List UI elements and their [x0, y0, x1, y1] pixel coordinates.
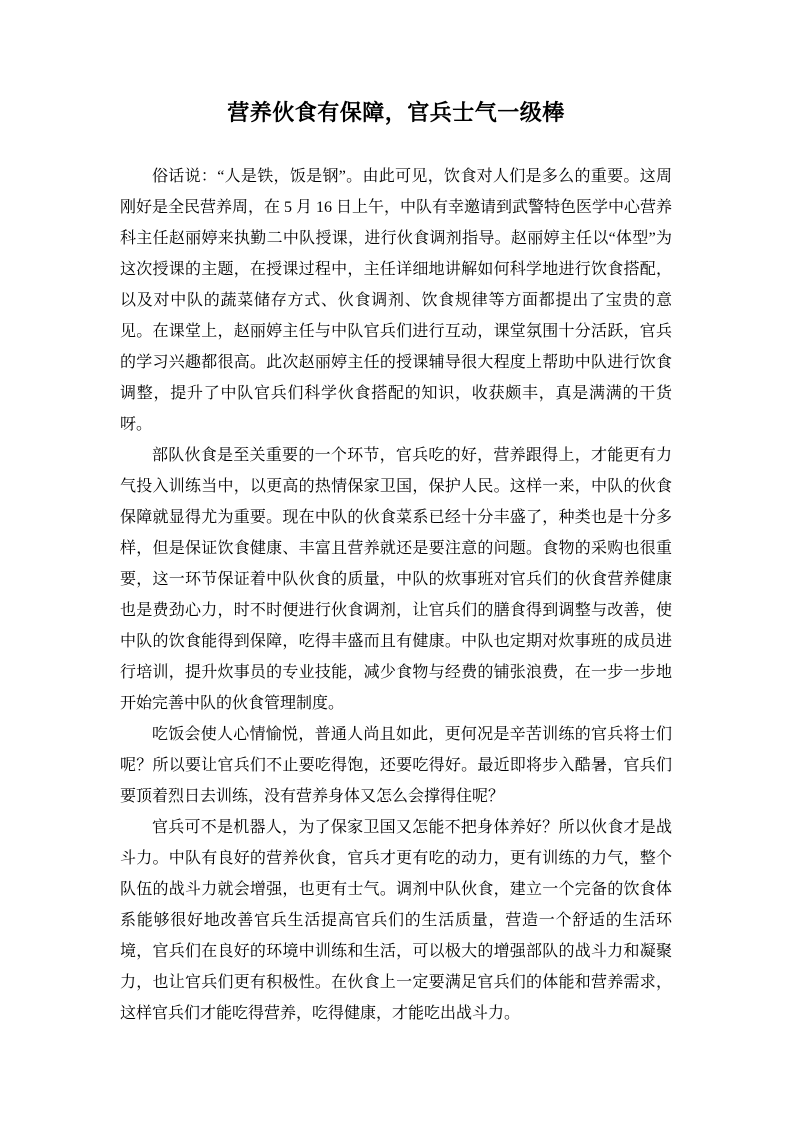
- document-body: 俗话说：“人是铁，饭是钢”。由此可见，饮食对人们是多么的重要。这周刚好是全民营养…: [120, 161, 672, 1029]
- document-page: 营养伙食有保障，官兵士气一级棒 俗话说：“人是铁，饭是钢”。由此可见，饮食对人们…: [0, 0, 793, 1122]
- paragraph-1: 俗话说：“人是铁，饭是钢”。由此可见，饮食对人们是多么的重要。这周刚好是全民营养…: [120, 161, 672, 440]
- paragraph-4: 官兵可不是机器人，为了保家卫国又怎能不把身体养好？所以伙食才是战斗力。中队有良好…: [120, 812, 672, 1029]
- document-title: 营养伙食有保障，官兵士气一级棒: [120, 96, 672, 130]
- paragraph-3: 吃饭会使人心情愉悦，普通人尚且如此，更何况是辛苦训练的官兵将士们呢？所以要让官兵…: [120, 719, 672, 812]
- paragraph-2: 部队伙食是至关重要的一个环节，官兵吃的好，营养跟得上，才能更有力气投入训练当中，…: [120, 440, 672, 719]
